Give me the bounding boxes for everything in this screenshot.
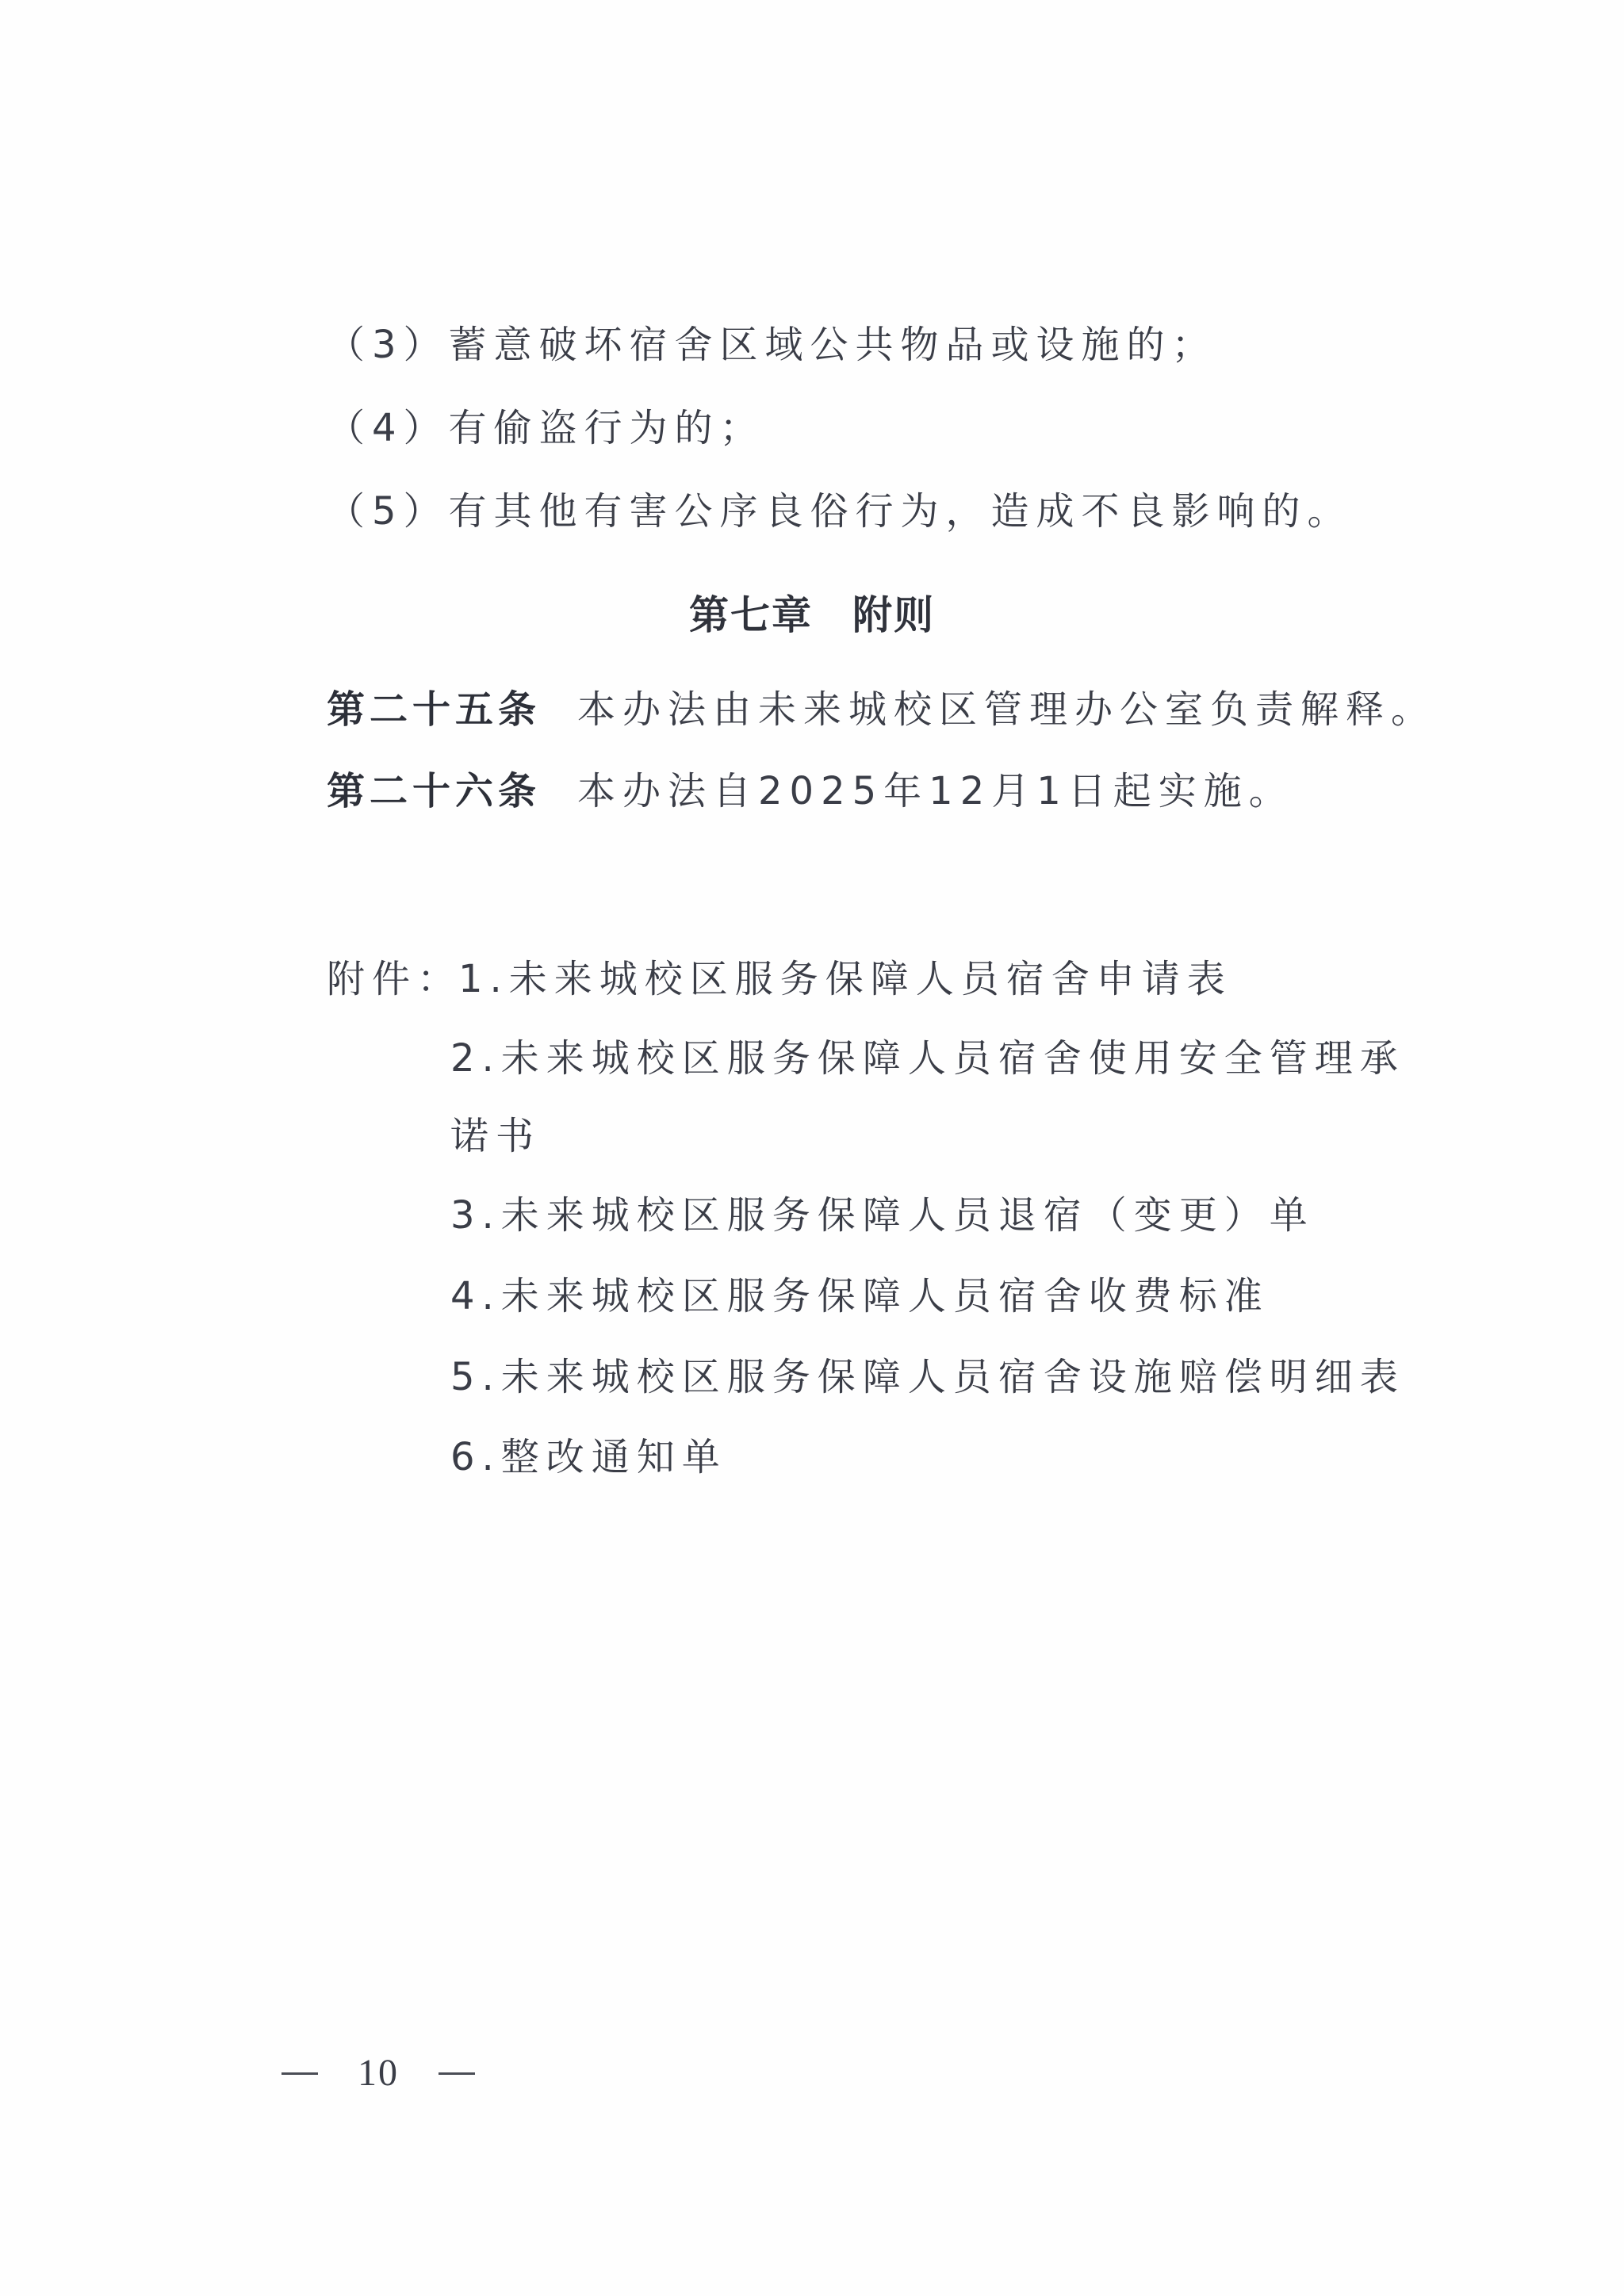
attachment-item-2: 2.未来城校区服务保障人员宿舍使用安全管理承 — [450, 1035, 1405, 1082]
attachment-item-2-continued: 诺书 — [450, 1112, 541, 1160]
chapter-heading: 第七章附则 — [0, 591, 1624, 640]
chapter-title: 附则 — [852, 592, 935, 638]
attachment-item-5: 5.未来城校区服务保障人员宿舍设施赔偿明细表 — [450, 1353, 1405, 1401]
article-text: 本办法自2025年12月1日起实施。 — [577, 769, 1294, 813]
article-25: 第二十五条本办法由未来城校区管理办公室负责解释。 — [327, 686, 1436, 733]
page-number: 10 — [282, 2049, 475, 2097]
attachment-item-1: 1.未来城校区服务保障人员宿舍申请表 — [458, 955, 1232, 1003]
clause-text: 蓄意破坏宿舍区域公共物品或设施的； — [449, 323, 1217, 367]
chapter-number: 第七章 — [689, 592, 813, 638]
clause-item-4: （4）有偷盗行为的； — [327, 404, 765, 452]
clause-item-3: （3）蓄意破坏宿舍区域公共物品或设施的； — [327, 321, 1217, 369]
article-label: 第二十五条 — [327, 686, 541, 733]
page-number-value: 10 — [358, 2049, 399, 2097]
attachment-item-6: 6.整改通知单 — [450, 1433, 727, 1481]
clause-marker: （4） — [327, 406, 449, 450]
attachment-item-4: 4.未来城校区服务保障人员宿舍收费标准 — [450, 1272, 1270, 1320]
attachment-item-3: 3.未来城校区服务保障人员退宿（变更）单 — [450, 1192, 1315, 1239]
article-26: 第二十六条本办法自2025年12月1日起实施。 — [327, 767, 1294, 815]
article-text: 本办法由未来城校区管理办公室负责解释。 — [577, 687, 1436, 732]
article-label: 第二十六条 — [327, 767, 541, 815]
clause-marker: （3） — [327, 323, 449, 367]
attachments-label: 附件： — [327, 955, 462, 1003]
clause-text: 有偷盗行为的； — [449, 406, 765, 450]
clause-text: 有其他有害公序良俗行为，造成不良影响的。 — [449, 489, 1353, 534]
document-page: （3）蓄意破坏宿舍区域公共物品或设施的； （4）有偷盗行为的； （5）有其他有害… — [0, 0, 1624, 2296]
dash-left-icon — [282, 2072, 318, 2075]
dash-right-icon — [439, 2072, 475, 2075]
clause-item-5: （5）有其他有害公序良俗行为，造成不良影响的。 — [327, 488, 1353, 535]
clause-marker: （5） — [327, 489, 449, 534]
